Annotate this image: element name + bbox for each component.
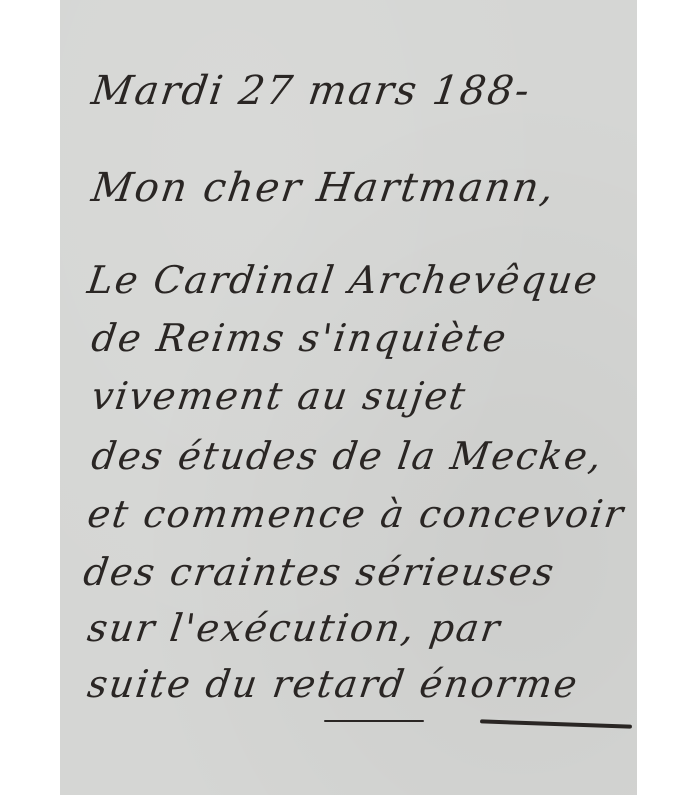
underline-enorme: [480, 719, 632, 728]
salutation: Mon cher Hartmann,: [89, 165, 559, 211]
body-line-7: sur l'exécution, par: [85, 606, 504, 650]
body-line-8: suite du retard énorme: [85, 662, 582, 706]
body-line-3: vivement au sujet: [89, 374, 470, 418]
date-line: Mardi 27 mars 188-: [89, 68, 534, 114]
underline-retard: [324, 720, 424, 722]
body-line-4: des études de la Mecke,: [89, 434, 606, 478]
body-line-2: de Reims s'inquiète: [89, 316, 511, 360]
body-line-6: des craintes sérieuses: [81, 550, 558, 594]
body-line-1: Le Cardinal Archevêque: [85, 258, 602, 302]
body-line-5: et commence à concevoir: [85, 492, 628, 536]
letter-page: Mardi 27 mars 188- Mon cher Hartmann, Le…: [60, 0, 637, 795]
